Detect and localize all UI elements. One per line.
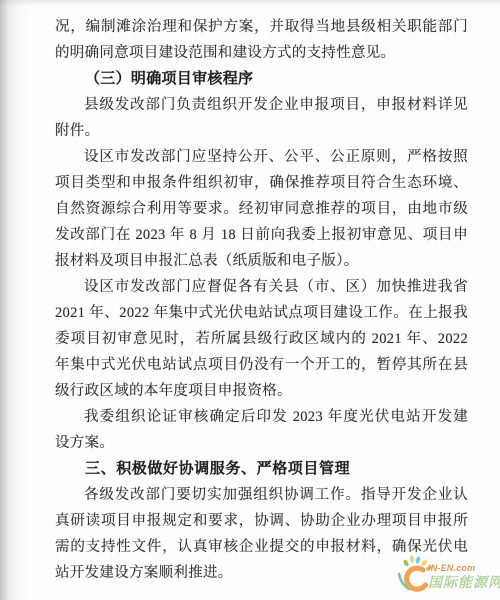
doc-line: 设区市发改部门应坚持公开、公平、公正原则，严格按照 <box>55 144 468 170</box>
doc-line: 委项目初审意见时，若所属县级行政区域内的 2021 年、2022 <box>55 326 468 352</box>
doc-line: 各级发改部门要切实加强组织协调工作。指导开发企业认 <box>55 482 468 508</box>
doc-line: 我委组织论证审核确定后印发 2023 年度光伏电站开发建 <box>55 404 468 430</box>
inen-watermark: IN-EN.com 国际能源网 <box>398 554 498 598</box>
doc-line: 况，编制滩涂治理和保护方案，并取得当地县级相关职能部门 <box>55 14 468 40</box>
doc-line: 级行政区域的本年度项目申报资格。 <box>55 378 468 404</box>
doc-line: 设方案。 <box>55 430 468 456</box>
doc-line: 真研读项目申报规定和要求，协调、协助企业办理项目申报所 <box>55 508 468 534</box>
section-heading-part-three: 三、积极做好协调服务、严格项目管理 <box>55 456 468 482</box>
doc-line: 县级发改部门负责组织开发企业申报项目，申报材料详见 <box>55 92 468 118</box>
doc-line: 自然资源综合利用等要求。经初审同意推荐的项目，由地市级 <box>55 196 468 222</box>
doc-line: 年集中式光伏电站试点项目仍没有一个开工的，暂停其所在县 <box>55 352 468 378</box>
doc-line: 发改部门在 2023 年 8 月 18 日前向我委上报初审意见、项目申 <box>55 222 468 248</box>
document-body: 况，编制滩涂治理和保护方案，并取得当地县级相关职能部门 的明确同意项目建设范围和… <box>55 14 468 586</box>
doc-line: 设区市发改部门应督促各有关县（市、区）加快推进我省 <box>55 274 468 300</box>
doc-line: 的明确同意项目建设范围和建设方式的支持性意见。 <box>55 40 468 66</box>
doc-line: 报材料及项目申报汇总表（纸质版和电子版）。 <box>55 248 468 274</box>
doc-line: 2021 年、2022 年集中式光伏电站试点项目建设工作。在上报我 <box>55 300 468 326</box>
section-heading-three-item: （三）明确项目审核程序 <box>55 66 468 92</box>
doc-line: 附件。 <box>55 118 468 144</box>
inen-name-label: 国际能源网 <box>428 572 500 592</box>
doc-line: 项目类型和申报条件组织初审，确保推荐项目符合生态环境、 <box>55 170 468 196</box>
document-page: 况，编制滩涂治理和保护方案，并取得当地县级相关职能部门 的明确同意项目建设范围和… <box>0 0 500 600</box>
